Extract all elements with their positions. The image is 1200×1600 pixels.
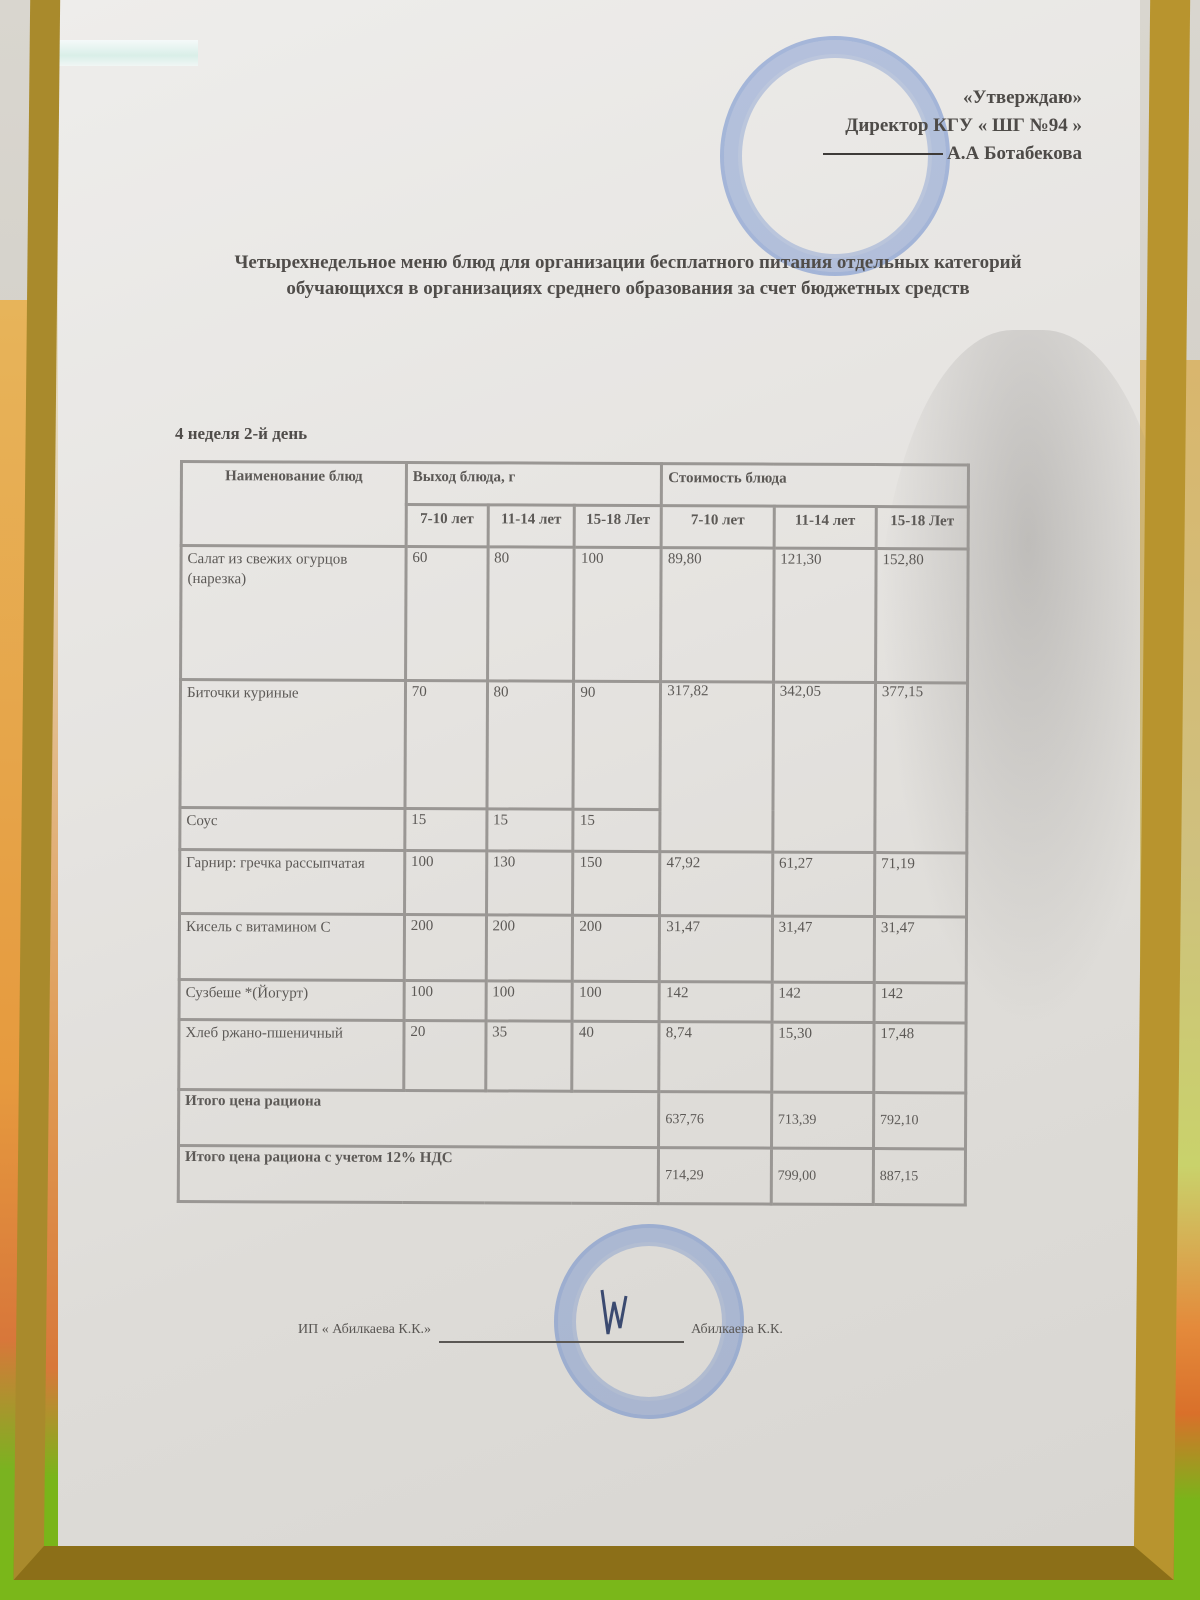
supplier-org: ИП « Абилкаева К.К.» (298, 1322, 431, 1337)
header-cost-age-15-18: 15-18 Лет (876, 507, 968, 549)
yield-7-10: 100 (404, 850, 486, 914)
yield-15-18: 100 (574, 547, 661, 681)
yield-7-10: 100 (404, 980, 486, 1020)
cost-15-18: 17,48 (874, 1023, 966, 1093)
cost-11-14: 15,30 (771, 1022, 873, 1092)
supplier-name: Абилкаева К.К. (691, 1322, 783, 1337)
cost-15-18: 142 (874, 983, 966, 1023)
dish-name: Соус (180, 808, 405, 851)
approval-block: «Утверждаю» Директор КГУ « ШГ №94 » А.А … (823, 84, 1082, 168)
cost-11-14: 31,47 (772, 916, 874, 982)
header-cost: Стоимость блюда (662, 464, 969, 507)
cost-11-14: 61,27 (772, 852, 874, 916)
dish-name: Сузбеше *(Йогурт) (179, 980, 404, 1021)
table-row: Салат из свежих огурцов (нарезка) 60 80 … (181, 546, 969, 683)
yield-15-18: 40 (572, 1021, 659, 1091)
cost-15-18: 377,15 (875, 683, 968, 853)
header-yield-age-11-14: 11-14 лет (488, 505, 575, 547)
yield-11-14: 130 (486, 851, 573, 915)
frame-inner-edge (30, 0, 58, 1555)
cost-11-14: 342,05 (773, 682, 876, 852)
table-row: Гарнир: гречка рассыпчатая 100 130 150 4… (180, 850, 967, 917)
table-header-row: Наименование блюд Выход блюда, г Стоимос… (181, 462, 968, 507)
week-day-label: 4 неделя 2-й день (175, 424, 307, 444)
cost-7-10: 142 (659, 982, 772, 1022)
approval-line-1: «Утверждаю» (823, 84, 1082, 112)
yield-11-14: 200 (486, 915, 573, 981)
yield-11-14: 15 (486, 809, 573, 851)
approval-line-3: А.А Ботабекова (823, 140, 1082, 168)
menu-table: Наименование блюд Выход блюда, г Стоимос… (177, 460, 970, 1206)
cost-7-10: 8,74 (659, 1022, 772, 1092)
yield-15-18: 200 (573, 915, 660, 981)
total-vat-15-18: 887,15 (873, 1149, 965, 1205)
cost-7-10: 89,80 (661, 548, 774, 682)
header-cost-age-7-10: 7-10 лет (661, 506, 774, 548)
table-row: Хлеб ржано-пшеничный 20 35 40 8,74 15,30… (179, 1020, 966, 1093)
total-vat-label: Итого цена рациона с учетом 12% НДС (178, 1146, 659, 1204)
yield-11-14: 80 (487, 547, 574, 681)
header-yield: Выход блюда, г (406, 462, 662, 505)
yield-15-18: 100 (572, 981, 659, 1021)
menu-document: «Утверждаю» Директор КГУ « ШГ №94 » А.А … (58, 0, 1140, 1548)
cost-7-10: 47,92 (660, 852, 773, 916)
dish-name: Кисель с витамином С (179, 914, 404, 981)
yield-7-10: 70 (405, 680, 487, 808)
yield-15-18: 15 (573, 809, 660, 851)
cost-15-18: 71,19 (874, 853, 966, 917)
yield-7-10: 20 (404, 1020, 486, 1090)
yield-7-10: 15 (405, 808, 487, 850)
director-name: А.А Ботабекова (947, 143, 1082, 164)
dish-name: Гарнир: гречка рассыпчатая (180, 850, 405, 915)
signature-block: ИП « Абилкаева К.К.» Абилкаева К.К. (298, 1322, 783, 1343)
yield-15-18: 90 (573, 681, 660, 809)
background-wall-left (0, 300, 30, 1600)
total-vat-11-14: 799,00 (771, 1148, 873, 1204)
dish-name: Салат из свежих огурцов (нарезка) (181, 546, 406, 681)
dish-name: Хлеб ржано-пшеничный (179, 1020, 404, 1091)
yield-7-10: 60 (405, 546, 487, 680)
signature-line (823, 153, 943, 155)
dish-name: Биточки куриные (180, 680, 405, 809)
yield-11-14: 100 (486, 981, 573, 1021)
yield-11-14: 80 (487, 681, 574, 809)
cost-7-10: 31,47 (660, 916, 773, 982)
signature-line (439, 1341, 684, 1343)
total-11-14: 713,39 (771, 1092, 873, 1148)
light-glare (58, 40, 198, 66)
cost-11-14: 142 (772, 982, 874, 1022)
yield-11-14: 35 (485, 1021, 572, 1091)
table-row: Сузбеше *(Йогурт) 100 100 100 142 142 14… (179, 980, 966, 1023)
total-vat-row: Итого цена рациона с учетом 12% НДС 714,… (178, 1146, 965, 1205)
total-row: Итого цена рациона 637,76 713,39 792,10 (179, 1090, 966, 1149)
cost-11-14: 121,30 (773, 548, 876, 682)
table-row: Биточки куриные 70 80 90 317,82 342,05 3… (180, 680, 968, 811)
total-vat-7-10: 714,29 (659, 1148, 772, 1204)
document-title: Четырехнедельное меню блюд для организац… (178, 250, 1078, 302)
cost-15-18: 152,80 (875, 549, 968, 683)
yield-15-18: 150 (573, 851, 660, 915)
approval-line-2: Директор КГУ « ШГ №94 » (823, 112, 1082, 140)
cost-7-10: 317,82 (660, 682, 773, 852)
total-7-10: 637,76 (659, 1092, 772, 1148)
header-dish-name: Наименование блюд (181, 462, 406, 547)
cost-15-18: 31,47 (874, 917, 966, 983)
total-label: Итого цена рациона (179, 1090, 660, 1148)
yield-7-10: 200 (404, 914, 486, 980)
header-yield-age-15-18: 15-18 Лет (575, 505, 662, 547)
header-yield-age-7-10: 7-10 лет (406, 504, 488, 546)
header-cost-age-11-14: 11-14 лет (774, 506, 876, 548)
total-15-18: 792,10 (873, 1093, 965, 1149)
table-row: Кисель с витамином С 200 200 200 31,47 3… (179, 914, 966, 983)
